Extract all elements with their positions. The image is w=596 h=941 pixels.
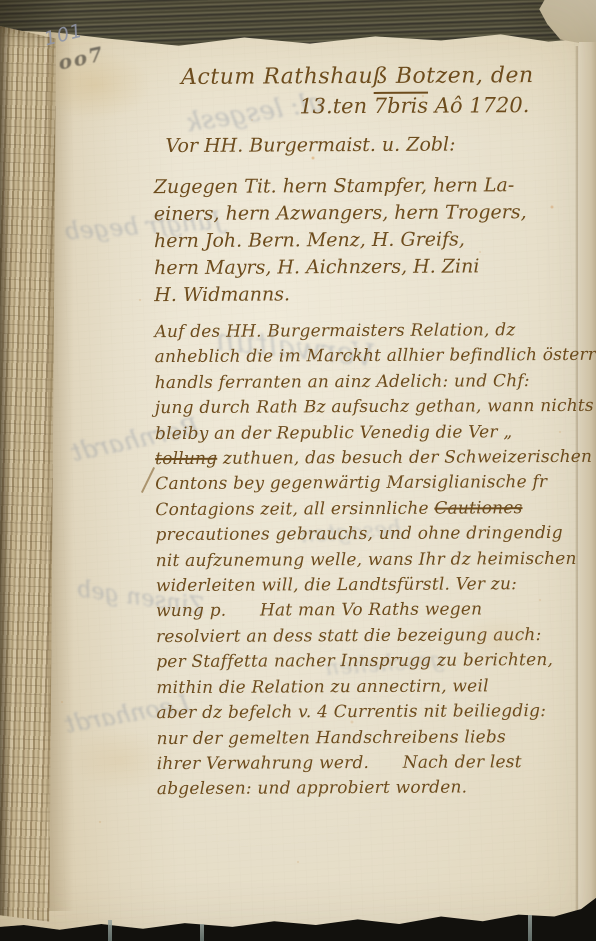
line-text: nur der gemelten Handschreibens liebs bbox=[157, 727, 506, 749]
body-line: Auf des HH. Burgermaisters Relation, dz bbox=[154, 318, 572, 346]
manuscript-photo: al: lesgeskJungfr begebVerwaltunBernhard… bbox=[0, 0, 596, 941]
line-text: handls ferranten an ainz Adelich: und Ch… bbox=[155, 371, 530, 393]
attendee-line: hern Mayrs, H. Aichnzers, H. Zini bbox=[154, 253, 572, 282]
body-line: widerleiten will, die Landtsfürstl. Ver … bbox=[156, 572, 574, 600]
body-line: nur der gemelten Handschreibens liebs bbox=[157, 724, 575, 752]
stand-rod bbox=[200, 924, 204, 941]
line-text: Contagions zeit, all ersinnliche bbox=[155, 498, 434, 519]
stand-rod bbox=[528, 915, 532, 941]
line-text: nit aufzunemung welle, wans Ihr dz heimi… bbox=[156, 549, 577, 571]
line-text: Cantons bey gegenwärtig Marsiglianische … bbox=[155, 472, 547, 494]
body-line: tollung zuthuen, das besuch der Schweize… bbox=[155, 445, 573, 473]
attendees-list: Zugegen Tit. hern Stampfer, hern La-eine… bbox=[154, 172, 573, 309]
binding-shadow bbox=[48, 30, 74, 911]
body-line: ihrer Verwahrung werd. Nach der lest bbox=[157, 750, 575, 778]
line-text: per Staffetta nacher Innsprugg zu berich… bbox=[156, 650, 553, 672]
entry-date: 13.ten 7bris Aô 1720. bbox=[153, 93, 571, 119]
body-line: Cantons bey gegenwärtig Marsiglianische … bbox=[155, 470, 573, 498]
line-text: jung durch Rath Bz aufsuchz gethan, wann… bbox=[155, 396, 594, 418]
body-line: mithin die Relation zu annectirn, weil bbox=[156, 674, 574, 702]
line-text: precautiones gebrauchs, und ohne dringen… bbox=[155, 523, 562, 545]
book-page: al: lesgeskJungfr begebVerwaltunBernhard… bbox=[0, 0, 596, 941]
attendee-line: hern Joh. Bern. Menz, H. Greifs, bbox=[154, 226, 572, 255]
line-text: widerleiten will, die Landtsfürstl. Ver … bbox=[156, 574, 517, 596]
attendee-line: einers, hern Azwangers, hern Trogers, bbox=[154, 199, 572, 228]
body-line: bleiby an der Republic Venedig die Ver „ bbox=[155, 420, 573, 448]
date-pre: 13.ten bbox=[299, 94, 374, 118]
body-line: resolviert an dess statt die bezeigung a… bbox=[156, 623, 574, 651]
body-line: aber dz befelch v. 4 Currentis nit beili… bbox=[156, 699, 574, 727]
salutation-line: Vor HH. Burgermaist. u. Zobl: bbox=[153, 133, 571, 157]
body-line: jung durch Rath Bz aufsuchz gethan, wann… bbox=[155, 394, 573, 422]
line-text: bleiby an der Republic Venedig die Ver „ bbox=[155, 422, 512, 444]
facing-page-edge bbox=[579, 42, 596, 941]
line-text: mithin die Relation zu annectirn, weil bbox=[156, 676, 488, 698]
body-line: handls ferranten an ainz Adelich: und Ch… bbox=[155, 369, 573, 397]
manuscript-text: Actum Rathshauß Botzen, den 13.ten 7bris… bbox=[153, 63, 575, 803]
line-text: aber dz befelch v. 4 Currentis nit beili… bbox=[156, 701, 546, 723]
line-text: resolviert an dess statt die bezeigung a… bbox=[156, 625, 542, 647]
line-text: zuthuen, das besuch der Schweizerischen bbox=[217, 447, 592, 469]
attendee-line: H. Widmanns. bbox=[154, 280, 572, 309]
body-line: anheblich die im Marckht allhier befindl… bbox=[155, 343, 573, 371]
struck-word: tollung bbox=[155, 449, 217, 469]
line-text: Auf des HH. Burgermaisters Relation, dz bbox=[154, 320, 515, 342]
body-line: wung p. Hat man Vo Raths wegen bbox=[156, 597, 574, 625]
body-line: precautiones gebrauchs, und ohne dringen… bbox=[155, 521, 573, 549]
attendee-line: Zugegen Tit. hern Stampfer, hern La- bbox=[154, 172, 572, 201]
body-paragraph: Auf des HH. Burgermaisters Relation, dza… bbox=[154, 318, 575, 803]
stand-rod bbox=[108, 920, 112, 941]
body-line: per Staffetta nacher Innsprugg zu berich… bbox=[156, 648, 574, 676]
body-line: abgelesen: und approbiert worden. bbox=[157, 775, 575, 803]
line-text: wung p. Hat man Vo Raths wegen bbox=[156, 600, 482, 622]
line-text: anheblich die im Marckht allhier befindl… bbox=[155, 345, 596, 368]
struck-word: Cautiones bbox=[434, 498, 522, 518]
body-line: Contagions zeit, all ersinnliche Caution… bbox=[155, 496, 573, 524]
line-text: abgelesen: und approbiert worden. bbox=[157, 778, 467, 800]
date-month-overlined: 7bris bbox=[374, 94, 428, 118]
entry-heading: Actum Rathshauß Botzen, den bbox=[153, 63, 571, 90]
body-line: nit aufzunemung welle, wans Ihr dz heimi… bbox=[156, 547, 574, 575]
date-post: Aô 1720. bbox=[428, 93, 529, 118]
line-text: ihrer Verwahrung werd. Nach der lest bbox=[157, 752, 522, 774]
